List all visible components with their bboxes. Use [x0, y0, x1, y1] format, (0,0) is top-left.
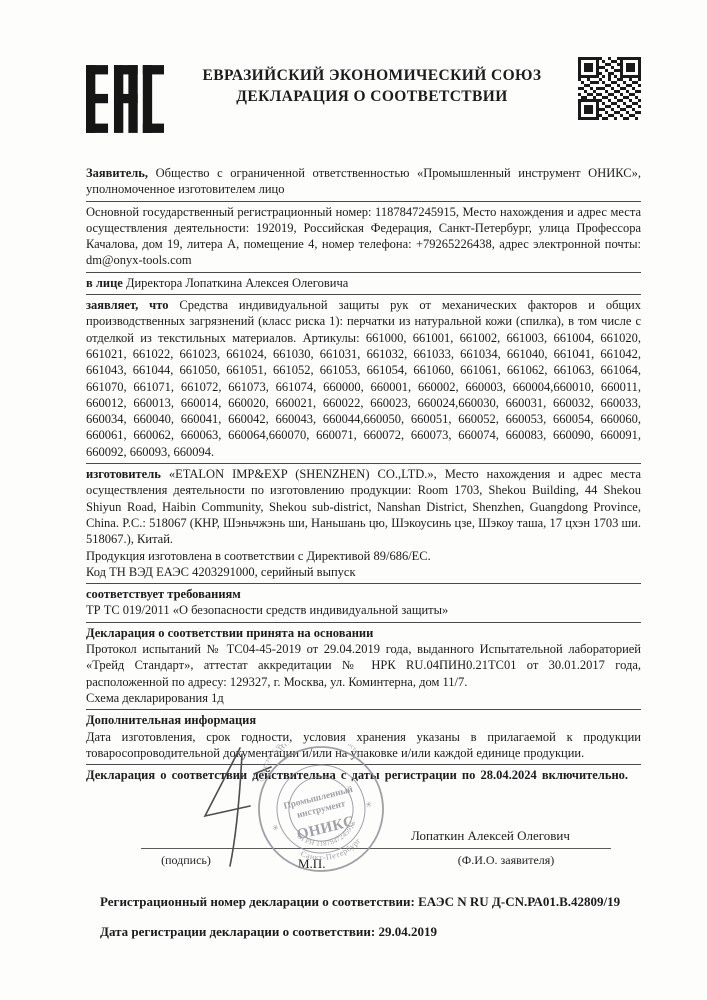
product-description-text: Средства индивидуальной защиты рук от ме… [86, 298, 641, 459]
applicant-label: Заявитель, [86, 166, 148, 180]
manufacturer-text: «ETALON IMP&EXP (SHENZHEN) CO.,LTD.», Ме… [86, 467, 641, 546]
declaration-document: ЕВРАЗИЙСКИЙ ЭКОНОМИЧЕСКИЙ СОЮЗ ДЕКЛАРАЦИ… [0, 0, 707, 1000]
test-protocol-text: Протокол испытаний № ТС04-45-2019 от 29.… [86, 641, 641, 690]
applicant-full-name: Лопаткин Алексей Олегович [411, 828, 570, 844]
ogrn-address-text: Основной государственный регистрационный… [86, 204, 641, 269]
stamp-separator-right: ✳ [364, 800, 373, 810]
manufacturer-label: изготовитель [86, 467, 161, 481]
manufacturer-section: изготовитель «ETALON IMP&EXP (SHENZHEN) … [86, 464, 641, 584]
basis-section: Декларация о соответствии принята на осн… [86, 623, 641, 710]
document-body: Заявитель, Общество с ограниченной ответ… [86, 163, 641, 940]
svg-text:ИНН 7811706600: ИНН 7811706600 [269, 744, 339, 759]
declaration-scheme-text: Схема декларирования 1д [86, 690, 641, 706]
document-title: ЕВРАЗИЙСКИЙ ЭКОНОМИЧЕСКИЙ СОЮЗ ДЕКЛАРАЦИ… [166, 65, 578, 107]
registration-footer: Регистрационный номер декларации о соотв… [86, 894, 641, 940]
stamp-outer-top-text: Общество с ограниченной ответственностью [256, 744, 364, 784]
applicant-section: Заявитель, Общество с ограниченной ответ… [86, 163, 641, 202]
directive-text: Продукция изготовлена в соответствии с Д… [86, 548, 641, 564]
stamp-separator-left: ✳ [271, 823, 280, 833]
stamp-inn-text: ИНН 7811706600 [269, 744, 339, 759]
applicant-text: Общество с ограниченной ответственностью… [86, 166, 641, 196]
company-round-stamp: Общество с ограниченной ответственностью… [256, 744, 386, 874]
represented-by-section: в лице Директора Лопаткина Алексея Олего… [86, 273, 641, 295]
registration-number-line: Регистрационный номер декларации о соотв… [100, 894, 641, 910]
registration-date-label: Дата регистрации декларации о соответств… [100, 924, 378, 939]
registration-date-line: Дата регистрации декларации о соответств… [100, 924, 641, 940]
document-header: ЕВРАЗИЙСКИЙ ЭКОНОМИЧЕСКИЙ СОЮЗ ДЕКЛАРАЦИ… [86, 57, 641, 146]
signature-zone: (подпись) М.П. Лопаткин Алексей Олегович… [86, 786, 641, 870]
declares-label: заявляет, что [86, 298, 168, 312]
additional-info-heading: Дополнительная информация [86, 712, 641, 728]
title-line-1: ЕВРАЗИЙСКИЙ ЭКОНОМИЧЕСКИЙ СОЮЗ [166, 65, 578, 86]
name-caption: (Ф.И.О. заявителя) [416, 852, 596, 868]
tnved-code-text: Код ТН ВЭД ЕАЭС 4203291000, серийный вып… [86, 564, 641, 580]
compliance-heading: соответствует требованиям [86, 586, 641, 602]
registration-number-value: ЕАЭС N RU Д-CN.РА01.В.42809/19 [418, 894, 620, 909]
technical-regulation-text: ТР ТС 019/2011 «О безопасности средств и… [86, 602, 641, 618]
represented-by-label: в лице [86, 276, 123, 290]
svg-text:Общество с ограниченной ответс: Общество с ограниченной ответственностью [256, 744, 364, 784]
basis-heading: Декларация о соответствии принята на осн… [86, 625, 641, 641]
registration-number-label: Регистрационный номер декларации о соотв… [100, 894, 418, 909]
title-line-2: ДЕКЛАРАЦИЯ О СООТВЕТСТВИИ [166, 86, 578, 107]
declares-section: заявляет, что Средства индивидуальной за… [86, 295, 641, 464]
ogrn-address-section: Основной государственный регистрационный… [86, 202, 641, 273]
represented-by-text: Директора Лопаткина Алексея Олеговича [123, 276, 348, 290]
qr-code [578, 57, 641, 125]
compliance-section: соответствует требованиям ТР ТС 019/2011… [86, 584, 641, 623]
eac-conformity-mark-icon [86, 57, 166, 146]
registration-date-value: 29.04.2019 [378, 924, 437, 939]
